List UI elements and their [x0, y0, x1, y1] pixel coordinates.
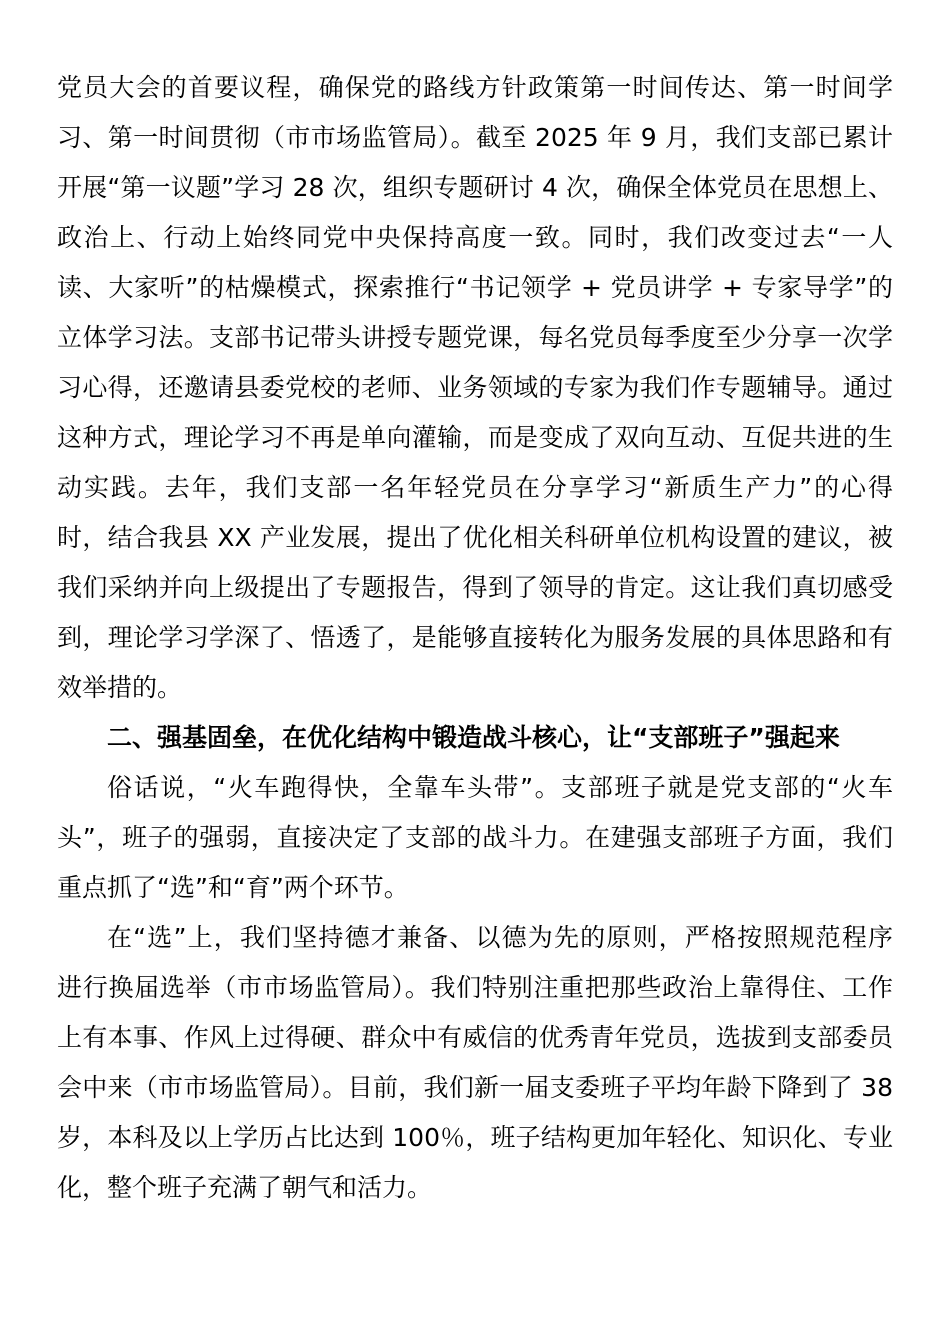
heading-section-two: 二、强基固垒，在优化结构中锻造战斗核心，让“支部班子”强起来 — [57, 713, 893, 763]
text-line: 立体学习法。支部书记带头讲授专题党课，每名党员每季度至少分享一次学 — [57, 313, 893, 363]
paragraph-train-head: 俗话说，“火车跑得快，全靠车头带”。支部班子就是党支部的“火车头”，班子的强弱，… — [57, 763, 893, 913]
text-line: 我们采纳并向上级提出了专题报告，得到了领导的肯定。这让我们真切感受 — [57, 563, 893, 613]
text-line: 读、大家听”的枯燥模式，探索推行“书记领学 + 党员讲学 + 专家导学”的 — [57, 263, 893, 313]
text-line: 这种方式，理论学习不再是单向灌输，而是变成了双向互动、互促共进的生 — [57, 413, 893, 463]
text-line: 头”，班子的强弱，直接决定了支部的战斗力。在建强支部班子方面，我们 — [57, 813, 893, 863]
text-line: 党员大会的首要议程，确保党的路线方针政策第一时间传达、第一时间学 — [57, 63, 893, 113]
paragraph-selection: 在“选”上，我们坚持德才兼备、以德为先的原则，严格按照规范程序进行换届选举（市市… — [57, 913, 893, 1213]
text-line: 重点抓了“选”和“育”两个环节。 — [57, 863, 893, 913]
text-line: 到，理论学习学深了、悟透了，是能够直接转化为服务发展的具体思路和有 — [57, 613, 893, 663]
text-line: 动实践。去年，我们支部一名年轻党员在分享学习“新质生产力”的心得 — [57, 463, 893, 513]
paragraph-theory-study-continuation: 党员大会的首要议程，确保党的路线方针政策第一时间传达、第一时间学习、第一时间贯彻… — [57, 63, 893, 713]
text-line: 会中来（市市场监管局）。目前，我们新一届支委班子平均年龄下降到了 38 — [57, 1063, 893, 1113]
document-body: 党员大会的首要议程，确保党的路线方针政策第一时间传达、第一时间学习、第一时间贯彻… — [0, 0, 950, 1213]
text-line: 上有本事、作风上过得硬、群众中有威信的优秀青年党员，选拔到支部委员 — [57, 1013, 893, 1063]
text-line: 习、第一时间贯彻（市市场监管局）。截至 2025 年 9 月，我们支部已累计 — [57, 113, 893, 163]
text-line: 岁，本科及以上学历占比达到 100％，班子结构更加年轻化、知识化、专业 — [57, 1113, 893, 1163]
text-line: 习心得，还邀请县委党校的老师、业务领域的专家为我们作专题辅导。通过 — [57, 363, 893, 413]
text-line: 化，整个班子充满了朝气和活力。 — [57, 1163, 893, 1213]
text-line: 开展“第一议题”学习 28 次，组织专题研讨 4 次，确保全体党员在思想上、 — [57, 163, 893, 213]
text-line: 俗话说，“火车跑得快，全靠车头带”。支部班子就是党支部的“火车 — [57, 763, 893, 813]
text-line: 在“选”上，我们坚持德才兼备、以德为先的原则，严格按照规范程序 — [57, 913, 893, 963]
text-line: 效举措的。 — [57, 663, 893, 713]
text-line: 二、强基固垒，在优化结构中锻造战斗核心，让“支部班子”强起来 — [57, 713, 893, 763]
document-page: 党员大会的首要议程，确保党的路线方针政策第一时间传达、第一时间学习、第一时间贯彻… — [0, 0, 950, 1344]
text-line: 进行换届选举（市市场监管局）。我们特别注重把那些政治上靠得住、工作 — [57, 963, 893, 1013]
text-line: 政治上、行动上始终同党中央保持高度一致。同时，我们改变过去“一人 — [57, 213, 893, 263]
text-line: 时，结合我县 XX 产业发展，提出了优化相关科研单位机构设置的建议，被 — [57, 513, 893, 563]
